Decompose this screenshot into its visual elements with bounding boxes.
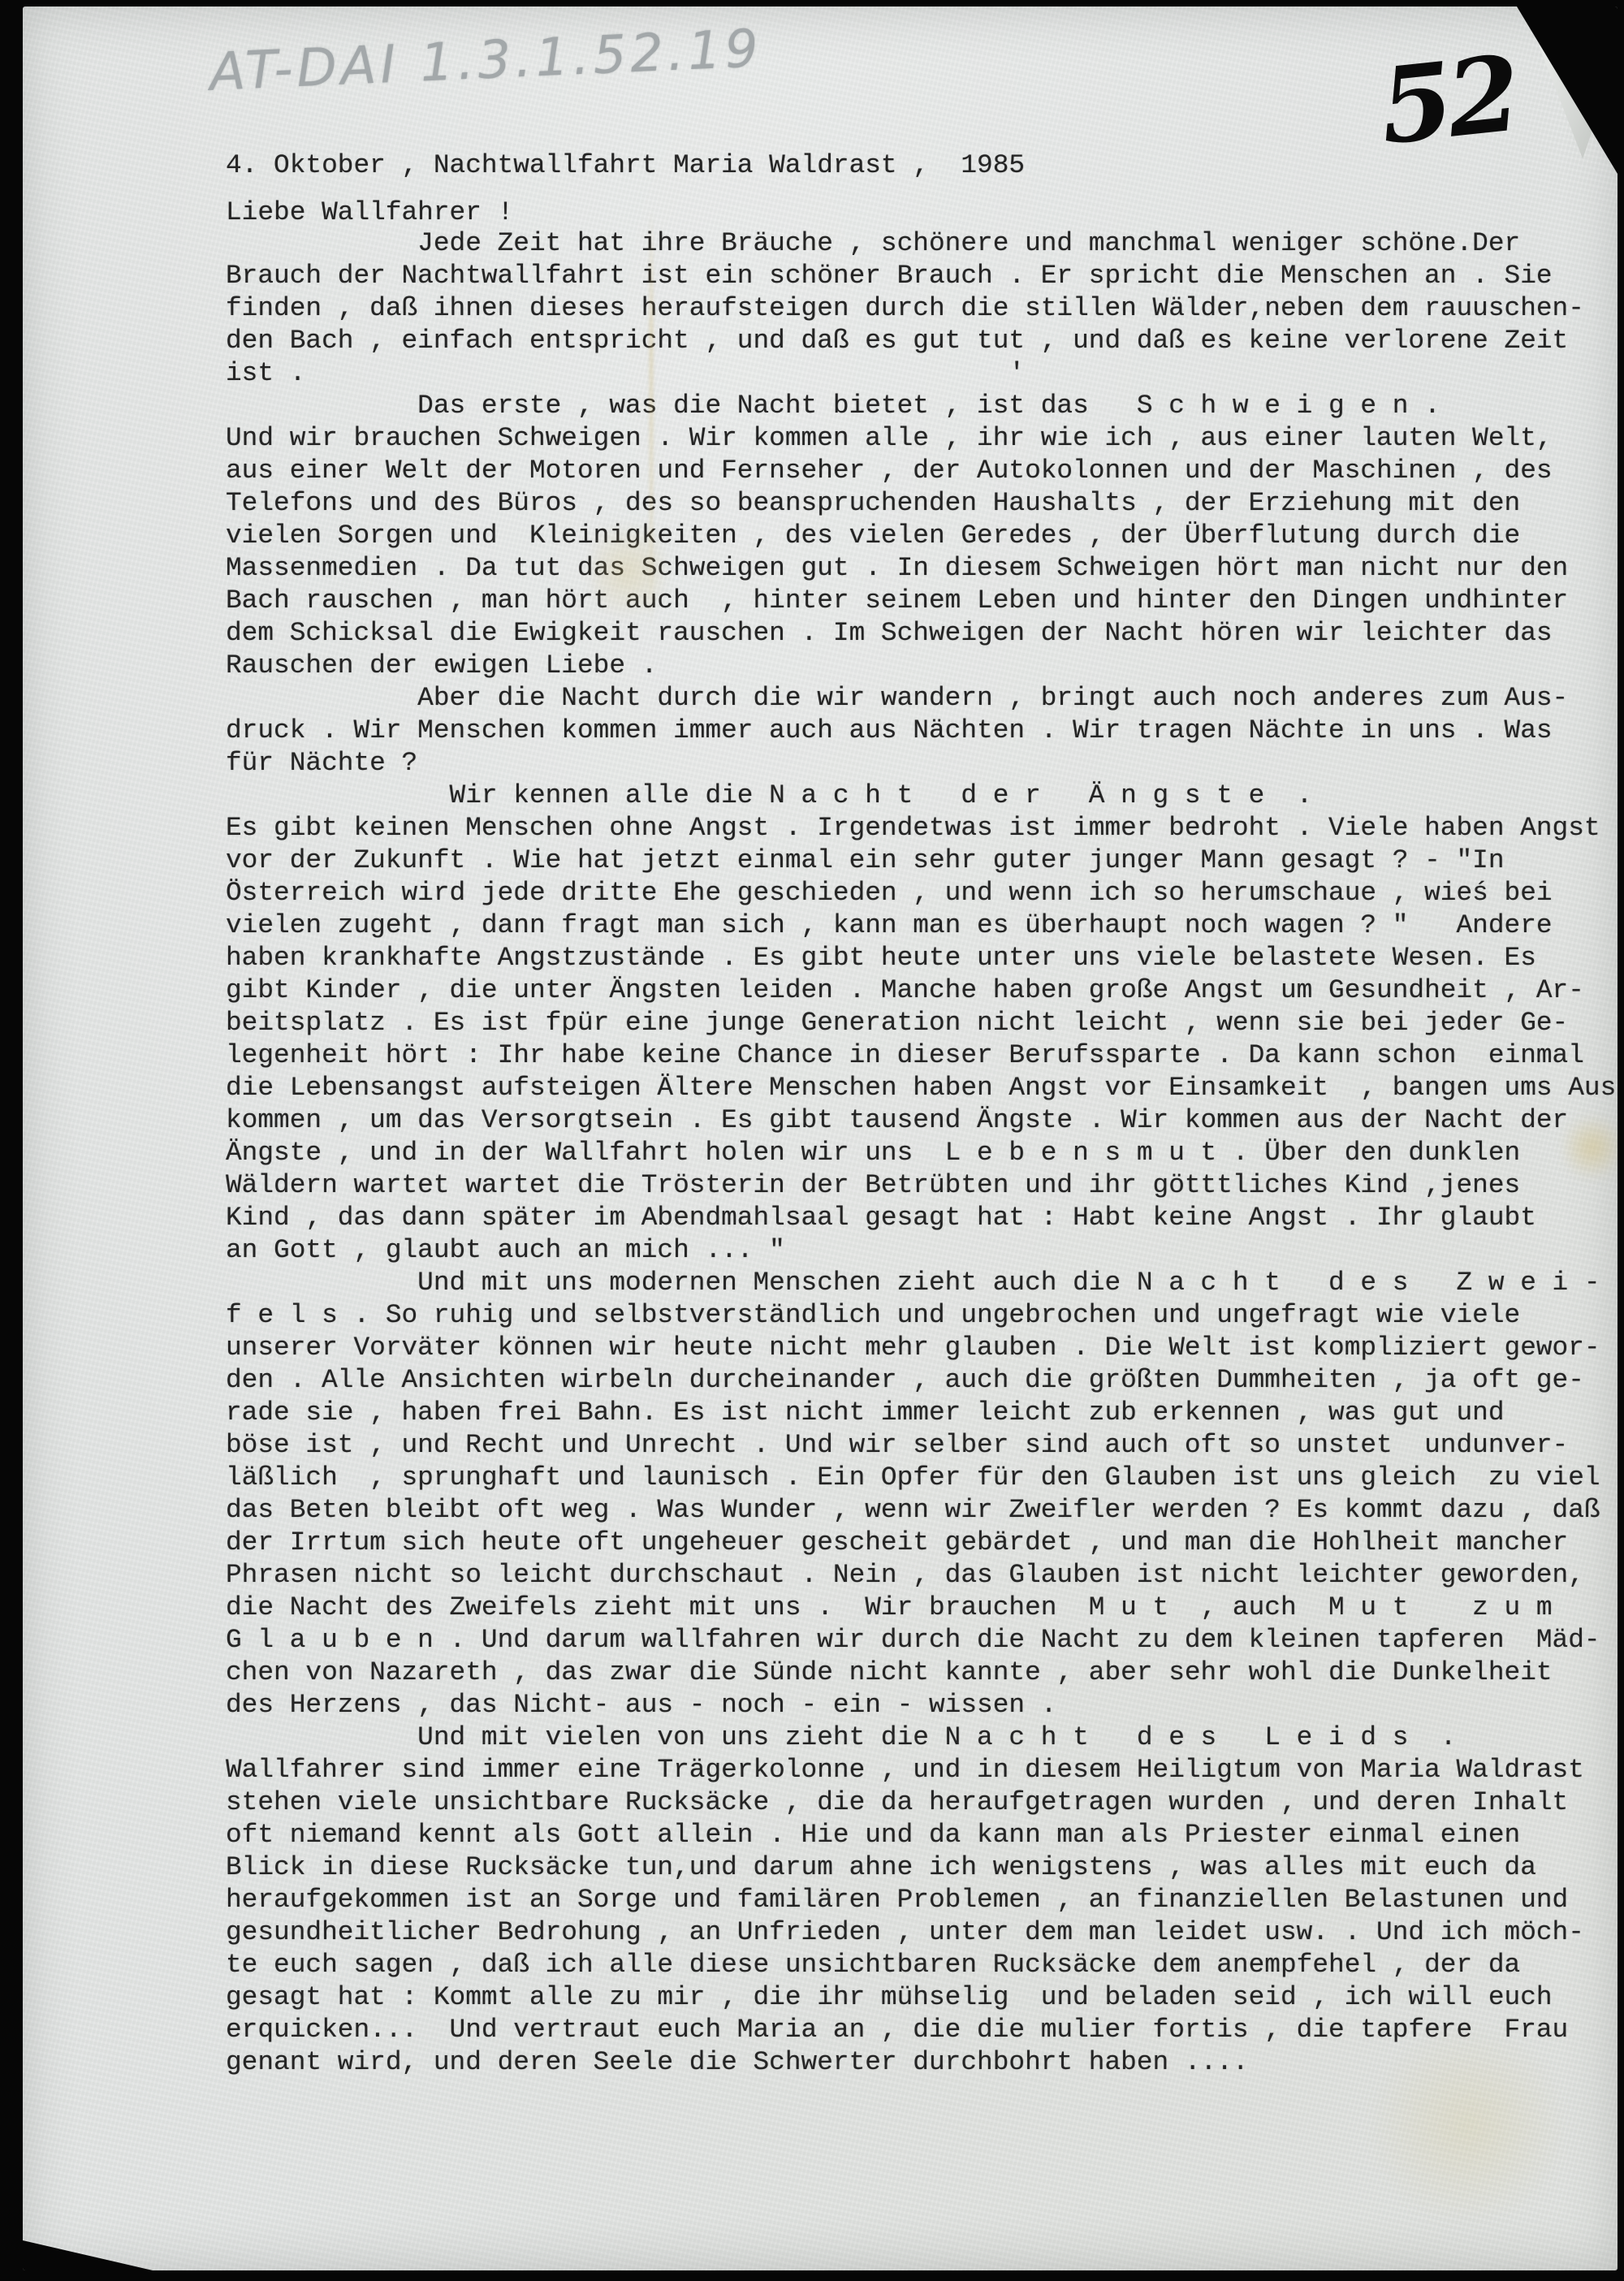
salutation: Liebe Wallfahrer !: [226, 197, 513, 229]
document-title: 4. Oktober , Nachtwallfahrt Maria Waldra…: [226, 149, 1025, 182]
torn-corner-cutout: [1517, 6, 1618, 174]
page-edge-shadow: [23, 2236, 153, 2270]
paper-stain: [1564, 1111, 1618, 1184]
document-body: Jede Zeit hat ihre Bräuche , schönere un…: [226, 227, 1616, 2079]
scanned-page: AT-DAI 1.3.1.52.19 52 4. Oktober , Nacht…: [23, 6, 1618, 2270]
paper-stain: [591, 510, 664, 632]
handwritten-page-number: 52: [1376, 42, 1521, 160]
archive-reference-handwriting: AT-DAI 1.3.1.52.19: [209, 19, 763, 103]
scan-background: { "scan": { "archive_ref": "AT-DAI 1.3.1…: [0, 0, 1624, 2281]
paper-stain: [1371, 2020, 1566, 2231]
